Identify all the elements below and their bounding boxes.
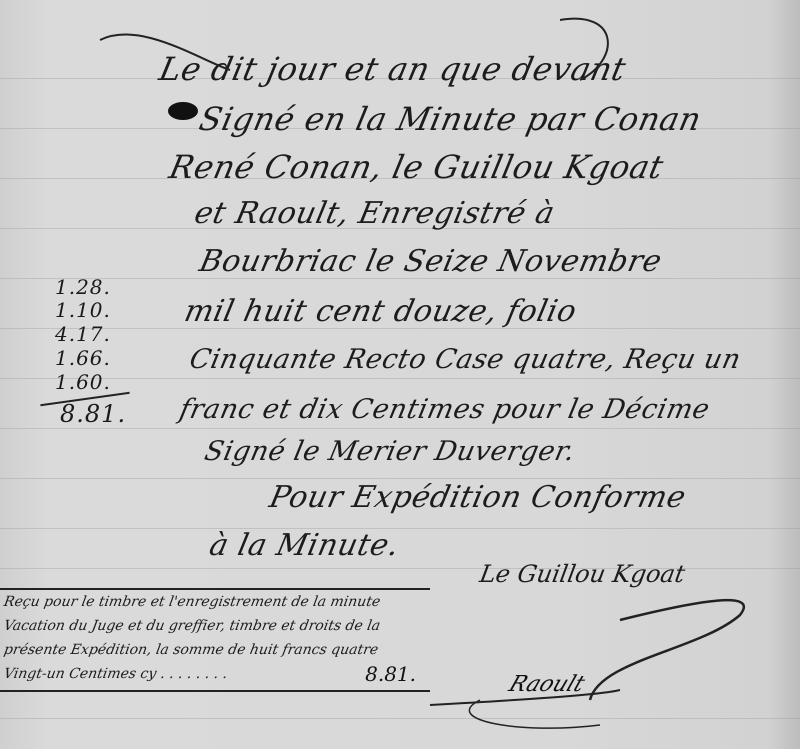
margin-amount: 1.28. [55, 275, 111, 299]
body-line-1: Le dit jour et an que devant [156, 50, 630, 88]
fee-line: présente Expédition, la somme de huit fr… [3, 642, 380, 658]
fee-line: Vingt-un Centimes cy . . . . . . . . [3, 666, 229, 682]
fee-total: 8.81. [365, 662, 416, 686]
margin-amount: 4.17. [55, 322, 111, 346]
margin-amount: 1.60. [55, 370, 111, 394]
body-line-4: et Raoult, Enregistré à [191, 196, 558, 231]
body-line-2: Signé en la Minute par Conan [196, 100, 705, 138]
body-line-7: Cinquante Recto Case quatre, Reçu un [187, 344, 744, 375]
clerk-signature: Le Guillou Kgoat [478, 560, 688, 588]
body-line-3: René Conan, le Guillou Kgoat [166, 148, 667, 186]
margin-total: 8.81. [60, 400, 126, 428]
ruled-line [0, 378, 800, 379]
margin-amount: 1.10. [55, 298, 111, 322]
body-line-10: Pour Expédition Conforme [266, 480, 689, 515]
fee-receipt-box: Reçu pour le timbre et l'enregistrement … [0, 588, 430, 692]
body-line-6: mil huit cent douze, folio [181, 294, 580, 329]
ruled-line [0, 478, 800, 479]
fee-line: Vacation du Juge et du greffier, timbre … [3, 618, 382, 634]
flourish-signature: Raoult [505, 672, 588, 697]
body-line-8: franc et dix Centimes pour le Décime [177, 394, 713, 425]
ink-blot [168, 102, 198, 120]
document-page: Le dit jour et an que devant Signé en la… [0, 0, 800, 749]
body-line-5: Bourbriac le Seize Novembre [196, 244, 665, 279]
ruled-line [0, 718, 800, 719]
margin-amount: 1.66. [55, 346, 111, 370]
body-line-11: à la Minute. [206, 528, 402, 563]
fee-line: Reçu pour le timbre et l'enregistrement … [3, 594, 382, 610]
body-line-9: Signé le Merier Duverger. [202, 436, 578, 467]
ruled-line [0, 428, 800, 429]
